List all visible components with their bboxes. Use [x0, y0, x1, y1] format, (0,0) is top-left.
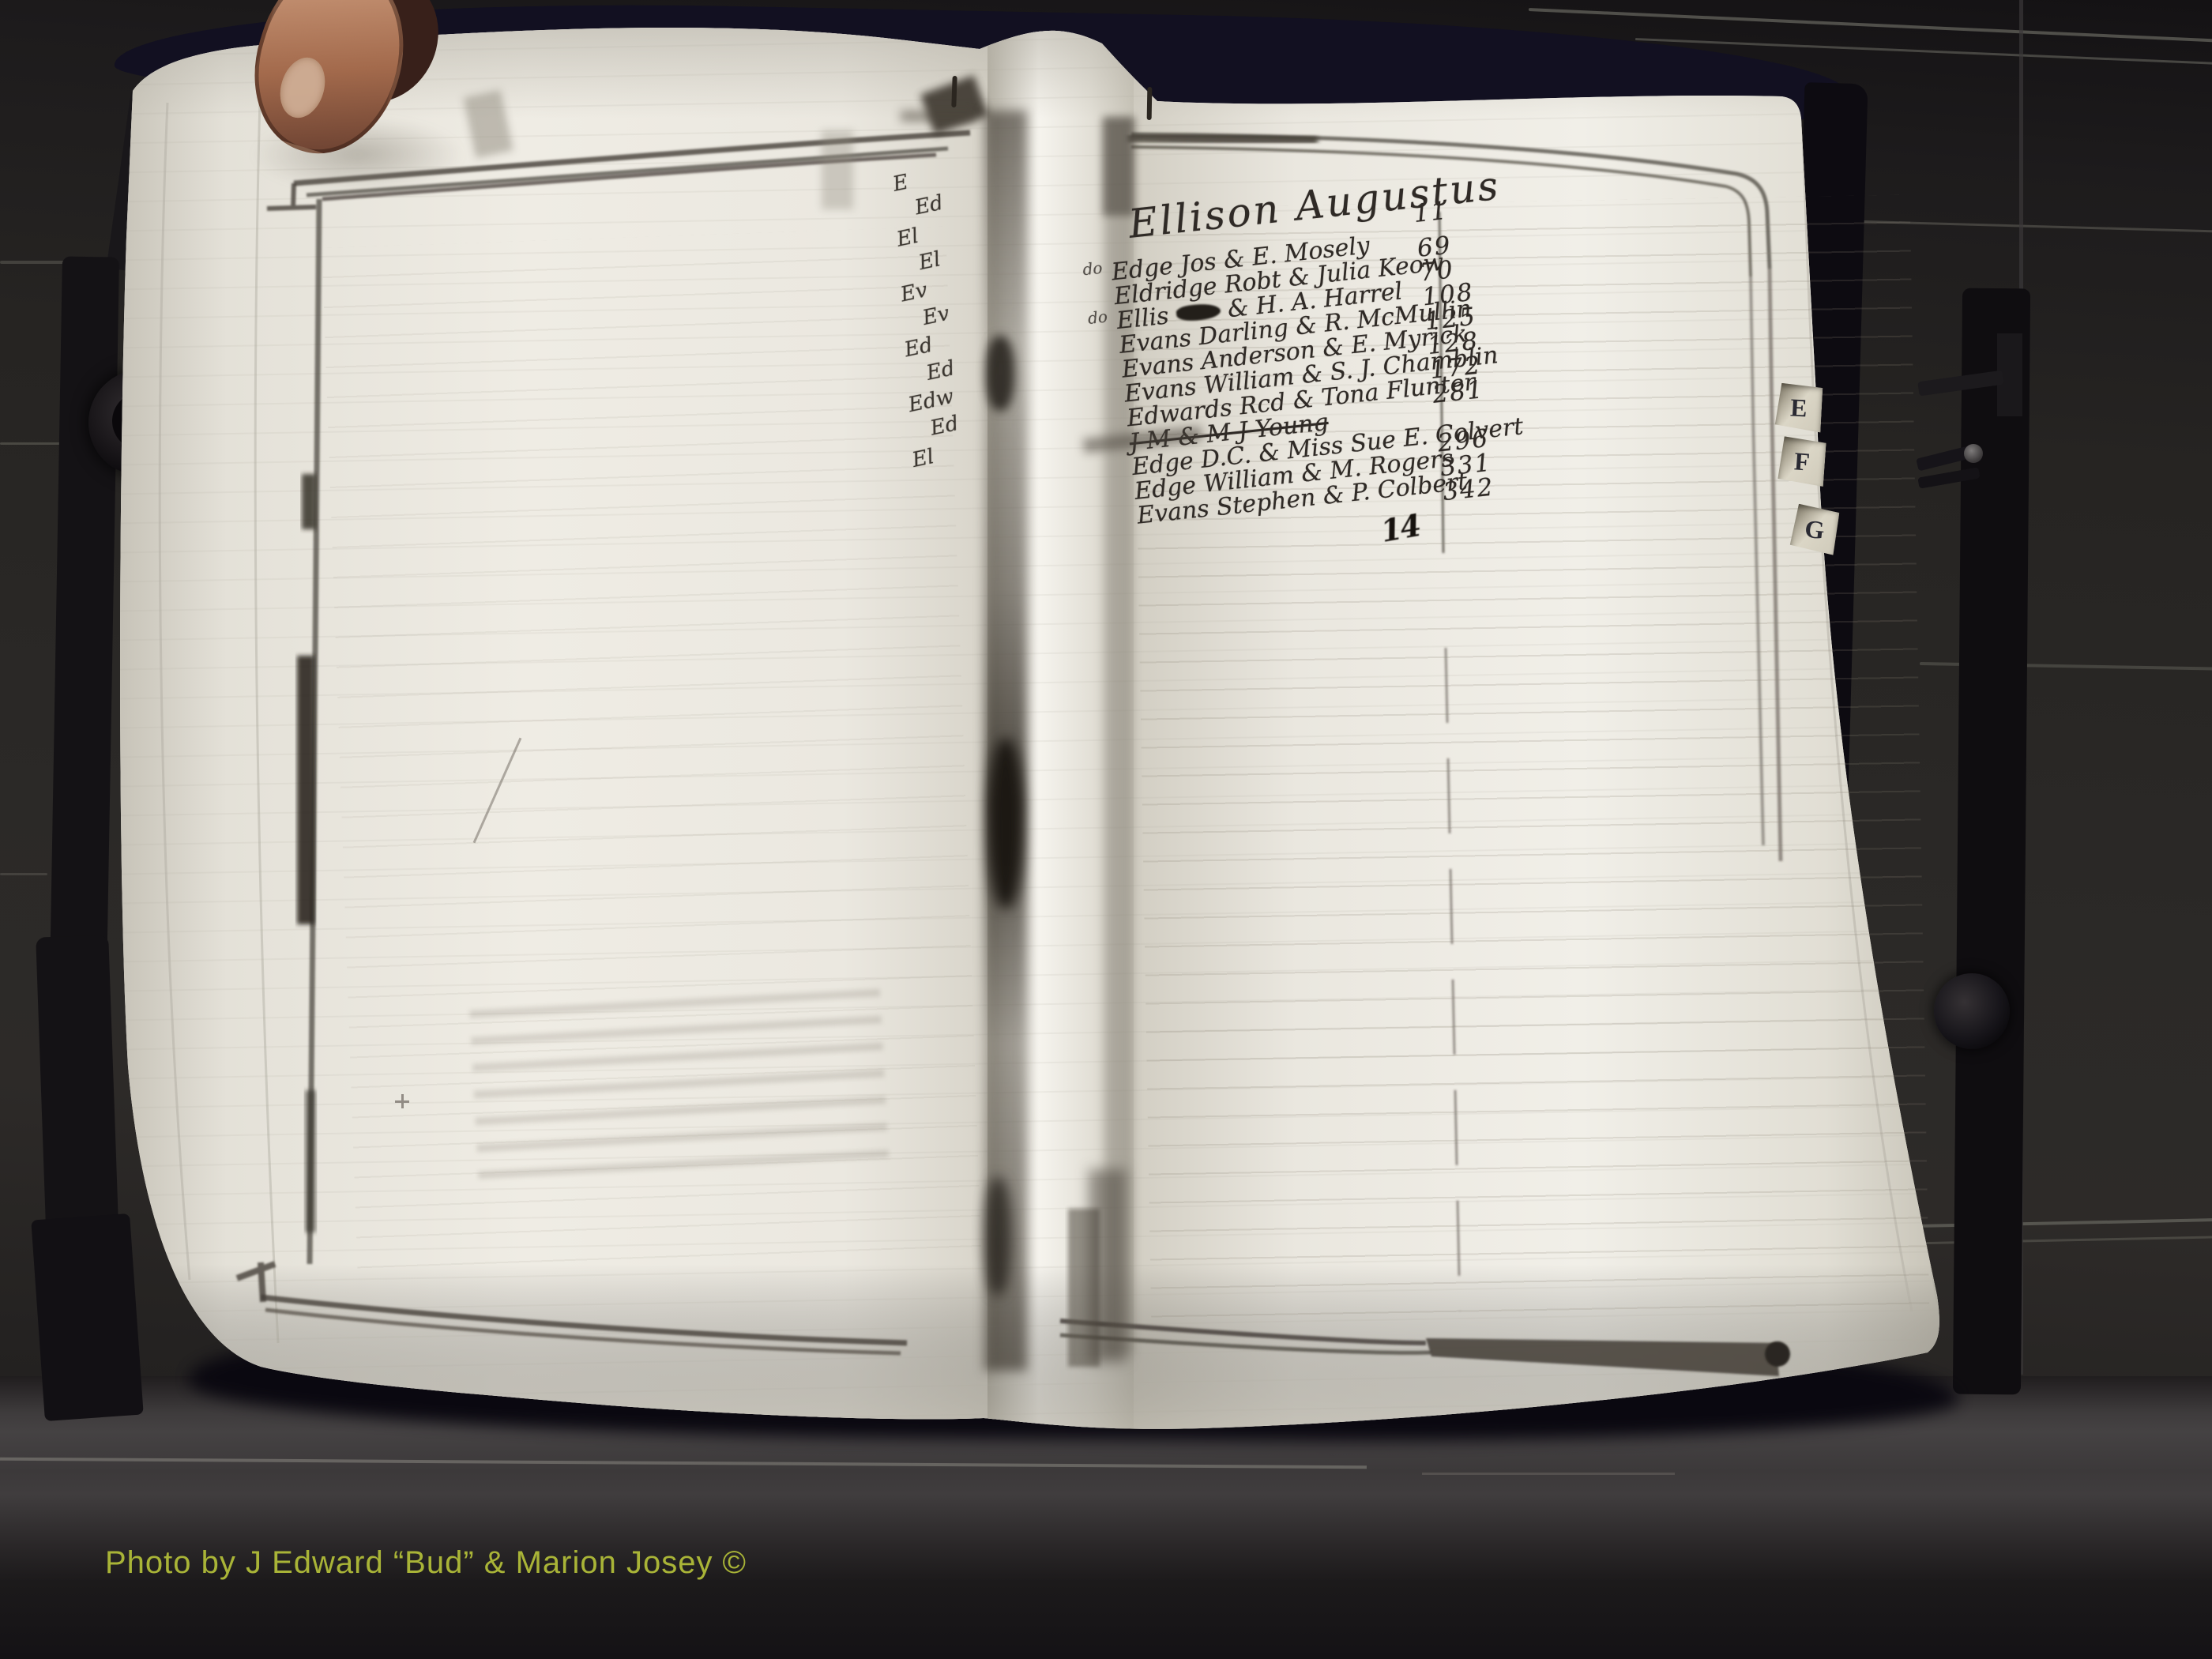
ditto-mark: do [1082, 258, 1103, 279]
index-entries: 11doEdge Jos & E. Mosely69Eldridge Robt … [1110, 220, 1514, 527]
gray-streak [822, 130, 853, 209]
handwritten-index: Ellison Augustus 11doEdge Jos & E. Mosel… [1104, 164, 1514, 527]
ink-blotch [986, 336, 1014, 411]
photo-caption: Photo by J Edward “Bud” & Marion Josey © [105, 1545, 747, 1581]
bleedthrough-text-smear [469, 989, 889, 1188]
ditto-mark: do [1087, 307, 1108, 327]
pencil-cross-mark [395, 1094, 409, 1108]
stray-ink-mark: 14 [1378, 507, 1422, 549]
right-gutter-shadow [1089, 1169, 1127, 1363]
photographed-ledger-scene: EEdElElEvEvEdEdEdwEdEl Ellison Augustus … [0, 0, 2212, 1659]
ink-tick [1147, 87, 1153, 120]
ink-blot [1176, 302, 1221, 322]
corner-ink-smudge [901, 111, 976, 122]
entry-page-number: 342 [1442, 472, 1496, 506]
index-tab-f: F [1777, 436, 1826, 487]
index-tab-e: E [1774, 383, 1823, 433]
ink-blotch [989, 739, 1022, 908]
ink-blotch [984, 1177, 1011, 1296]
